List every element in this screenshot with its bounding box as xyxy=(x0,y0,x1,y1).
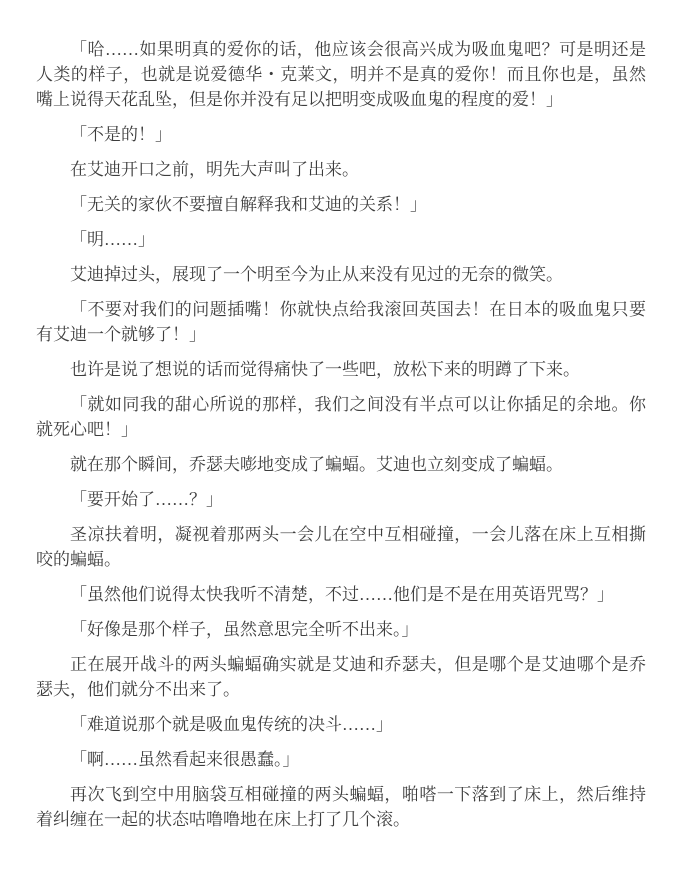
paragraph-11: 「要开始了……？」 xyxy=(36,487,646,512)
paragraph-1: 「哈……如果明真的爱你的话，他应该会很高兴成为吸血鬼吧？可是明还是人类的样子，也… xyxy=(36,37,646,112)
paragraph-3: 在艾迪开口之前，明先大声叫了出来。 xyxy=(36,157,646,182)
paragraph-7: 「不要对我们的问题插嘴！你就快点给我滚回英国去！在日本的吸血鬼只要有艾迪一个就够… xyxy=(36,297,646,347)
paragraph-6: 艾迪掉过头，展现了一个明至今为止从来没有见过的无奈的微笑。 xyxy=(36,262,646,287)
paragraph-8: 也许是说了想说的话而觉得痛快了一些吧，放松下来的明蹲了下来。 xyxy=(36,357,646,382)
paragraph-15: 正在展开战斗的两头蝙蝠确实就是艾迪和乔瑟夫，但是哪个是艾迪哪个是乔瑟夫，他们就分… xyxy=(36,652,646,702)
paragraph-12: 圣凉扶着明，凝视着那两头一会儿在空中互相碰撞，一会儿落在床上互相撕咬的蝙蝠。 xyxy=(36,522,646,572)
paragraph-14: 「好像是那个样子，虽然意思完全听不出来。」 xyxy=(36,617,646,642)
paragraph-9: 「就如同我的甜心所说的那样，我们之间没有半点可以让你插足的余地。你就死心吧！」 xyxy=(36,392,646,442)
paragraph-5: 「明……」 xyxy=(36,227,646,252)
paragraph-18: 再次飞到空中用脑袋互相碰撞的两头蝙蝠，啪嗒一下落到了床上，然后维持着纠缠在一起的… xyxy=(36,782,646,832)
paragraph-4: 「无关的家伙不要擅自解释我和艾迪的关系！」 xyxy=(36,192,646,217)
paragraph-13: 「虽然他们说得太快我听不清楚，不过……他们是不是在用英语咒骂？」 xyxy=(36,582,646,607)
novel-page: 「哈……如果明真的爱你的话，他应该会很高兴成为吸血鬼吧？可是明还是人类的样子，也… xyxy=(0,0,680,880)
paragraph-10: 就在那个瞬间，乔瑟夫嘭地变成了蝙蝠。艾迪也立刻变成了蝙蝠。 xyxy=(36,452,646,477)
paragraph-2: 「不是的！」 xyxy=(36,122,646,147)
paragraph-16: 「难道说那个就是吸血鬼传统的决斗……」 xyxy=(36,712,646,737)
paragraph-17: 「啊……虽然看起来很愚蠢。」 xyxy=(36,747,646,772)
